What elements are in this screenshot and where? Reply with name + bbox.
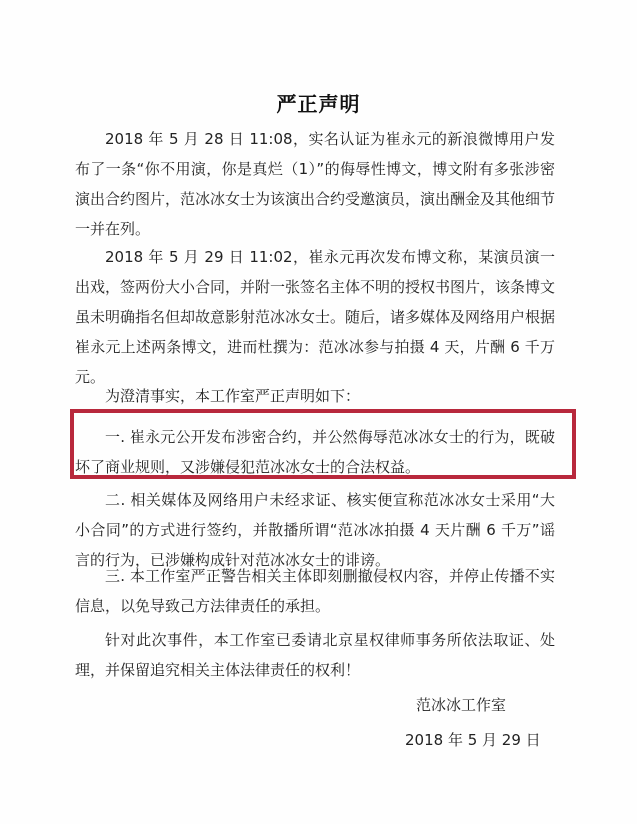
paragraph-clarification-intro: 为澄清事实，本工作室严正声明如下： <box>75 381 555 411</box>
statement-item-3: 三. 本工作室严正警告相关主体即刻删撤侵权内容，并停止传播不实信息，以免导致己方… <box>75 561 555 621</box>
statement-document: 严正声明 2018 年 5 月 28 日 11:08，实名认证为崔永元的新浪微博… <box>0 0 637 824</box>
signature-date: 2018 年 5 月 29 日 <box>405 725 541 755</box>
closing-paragraph: 针对此次事件，本工作室已委请北京星权律师事务所依法取证、处理，并保留追究相关主体… <box>75 625 555 685</box>
statement-item-1: 一. 崔永元公开发布涉密合约，并公然侮辱范冰冰女士的行为，既破坏了商业规则，又涉… <box>75 422 555 482</box>
paragraph-may-29: 2018 年 5 月 29 日 11:02，崔永元再次发布博文称，某演员演一出戏… <box>75 242 555 392</box>
signature: 范冰冰工作室 <box>416 690 506 720</box>
document-title: 严正声明 <box>0 88 637 117</box>
paragraph-may-28: 2018 年 5 月 28 日 11:08，实名认证为崔永元的新浪微博用户发布了… <box>75 124 555 244</box>
